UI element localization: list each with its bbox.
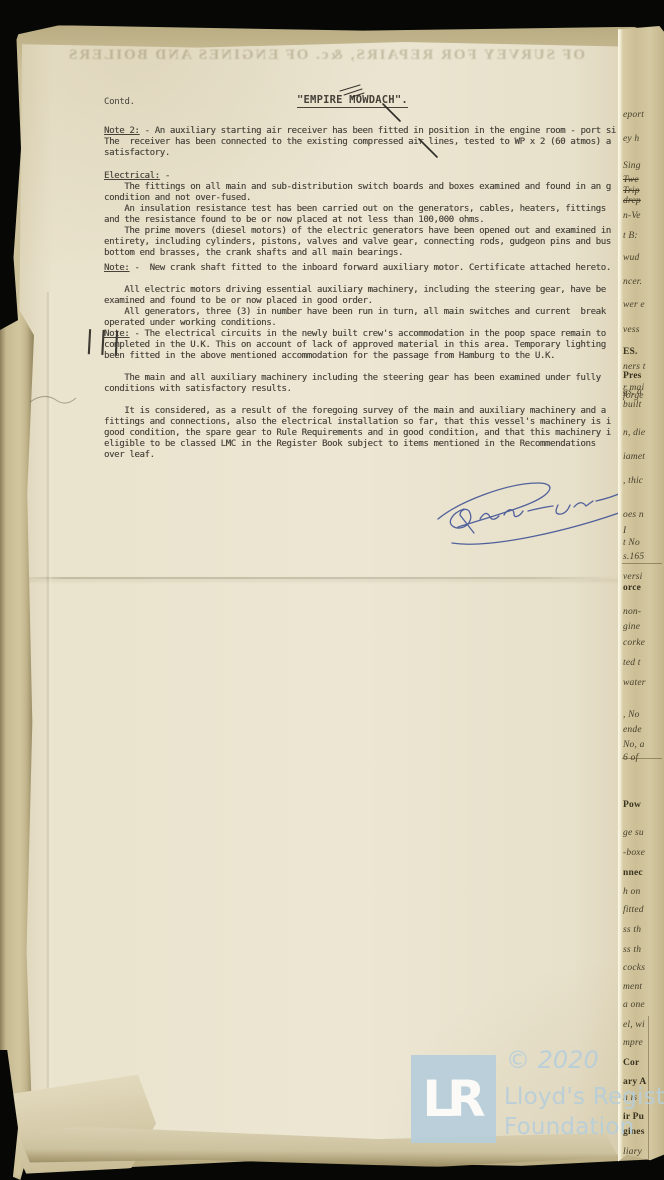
edge-text-fragment: orce	[623, 583, 641, 593]
document-line: The main and all auxiliary machinery inc…	[104, 373, 620, 384]
edge-text-fragment: , thic	[623, 476, 643, 486]
document-line: operated under working conditions.	[104, 318, 620, 329]
document-line: Note 2: - An auxiliary starting air rece…	[104, 126, 620, 137]
edge-text-fragment: corke	[623, 638, 645, 648]
edge-text-fragment: Pres	[623, 371, 642, 381]
edge-text-fragment: Cor	[623, 1058, 639, 1068]
page-title: "EMPIRE MOWDACH".	[297, 94, 408, 108]
edge-text-fragment: Pow	[623, 800, 641, 810]
edge-text-fragment: 6 of	[623, 753, 638, 763]
edge-text-fragment: ncer.	[623, 277, 642, 287]
document-line: The fittings on all main and sub-distrib…	[104, 182, 620, 193]
edge-text-fragment: wer e	[623, 300, 645, 310]
document-line: The prime movers (diesel motors) of the …	[104, 226, 620, 237]
document-line: bottom end brasses, the crank shafts and…	[104, 248, 620, 259]
document-line: All electric motors driving essential au…	[104, 285, 620, 296]
document-line: been fitted in the above mentioned accom…	[104, 351, 620, 362]
edge-text-fragment: Sing	[623, 161, 641, 171]
edge-text-fragment: I	[623, 526, 626, 536]
right-folded-page-edge: eportey hSingTweTripdrepn-Vet B:wudncer.…	[618, 26, 664, 1166]
document-line: and the resistance found to be or now pl…	[104, 215, 620, 226]
edge-text-fragment: liary	[623, 1147, 642, 1157]
document-line: good condition, the spare gear to Rule R…	[104, 428, 620, 439]
edge-text-fragment: drep	[623, 196, 641, 206]
edge-text-fragment: ary A	[623, 1077, 646, 1087]
edge-text-fragment: ES.	[623, 347, 638, 357]
edge-text-fragment: ey h	[623, 134, 639, 144]
document-line: It is considered, as a result of the for…	[104, 406, 620, 417]
document-line: over leaf.	[104, 450, 620, 461]
edge-text-fragment: eport	[623, 110, 644, 120]
margin-tally-mark: |||	[81, 325, 123, 356]
edge-text-fragment: ir Pu	[623, 1112, 644, 1122]
edge-text-fragment: ss th	[623, 945, 641, 955]
contd-label: Contd.	[104, 97, 135, 107]
document-line: All generators, three (3) in number have…	[104, 307, 620, 318]
document-line: conditions with satisfactory results.	[104, 384, 620, 395]
edge-text-fragment: vess	[623, 325, 640, 335]
edge-text-fragment: n-Ve	[623, 211, 641, 221]
edge-text-fragment: versi	[623, 572, 642, 582]
document-line: completed in the U.K. This on account of…	[104, 340, 620, 351]
document-line: Electrical: -	[104, 171, 620, 182]
document-line: The receiver has been connected to the e…	[104, 137, 620, 148]
edge-text-fragment: a one	[623, 1000, 645, 1010]
left-torn-edge	[0, 300, 34, 1180]
document-line: Note: - The electrical circuits in the n…	[104, 329, 620, 340]
document-line: fittings and connections, also the elect…	[104, 417, 620, 428]
edge-text-fragment: , No	[623, 710, 640, 720]
document-body: Note 2: - An auxiliary starting air rece…	[104, 126, 620, 461]
edge-text-fragment: h on	[623, 887, 640, 897]
document-line: satisfactory.	[104, 148, 620, 159]
document-line: entirety, including cylinders, pistons, …	[104, 237, 620, 248]
edge-text-fragment: non-	[623, 607, 641, 617]
edge-text-fragment: -boxe	[623, 848, 645, 858]
left-fold-shadow	[46, 292, 52, 1152]
edge-text-fragment: cocks	[623, 963, 645, 973]
edge-text-fragment: ment	[623, 982, 642, 992]
edge-text-fragment: wud	[623, 253, 639, 263]
edge-text-fragment: ss th	[623, 925, 641, 935]
edge-text-fragment: iamet	[623, 452, 645, 462]
signature-icon	[430, 475, 640, 553]
edge-text-fragment: s.165	[623, 552, 644, 562]
document-line: eligible to be classed LMC in the Regist…	[104, 439, 620, 450]
edge-text-fragment: gine	[623, 622, 640, 632]
document-line: examined and found to be or now placed i…	[104, 296, 620, 307]
document-line: condition and not over-fused.	[104, 193, 620, 204]
document-line: Note: - New crank shaft fitted to the in…	[104, 263, 620, 274]
scanned-document-page: OF SURVEY FOR REPAIRS, &c. OF ENGINES AN…	[0, 0, 664, 1180]
edge-text-fragment: ende	[623, 725, 642, 735]
edge-text-fragment: fitted	[623, 905, 644, 915]
bleed-through-heading: OF SURVEY FOR REPAIRS, &c. OF ENGINES AN…	[52, 47, 600, 64]
edge-text-fragment: ted t	[623, 658, 641, 668]
edge-text-fragment: ge su	[623, 828, 644, 838]
edge-text-fragment: oes n	[623, 510, 644, 520]
edge-text-fragment: water	[623, 678, 646, 688]
edge-text-fragment: gines	[623, 1127, 645, 1137]
edge-text-fragment: nnec	[623, 868, 643, 878]
edge-text-fragment: t No	[623, 538, 640, 548]
edge-text-fragment: el, wi	[623, 1020, 645, 1030]
edge-text-fragment: built	[623, 400, 641, 410]
document-line: An insulation resistance test has been c…	[104, 204, 620, 215]
edge-text-fragment: Twe	[623, 175, 639, 185]
edge-text-fragment: n, die	[623, 428, 645, 438]
form-vertical-rule	[648, 1016, 649, 1166]
edge-text-fragment: No, a	[623, 740, 645, 750]
edge-text-fragment: mpre	[623, 1038, 643, 1048]
form-horizontal-rule	[622, 563, 662, 564]
edge-text-fragment: t B:	[623, 231, 638, 241]
edge-text-fragment: n is	[623, 1093, 637, 1103]
edge-text-fragment: Trip	[623, 186, 640, 196]
horizontal-crease	[16, 577, 622, 579]
